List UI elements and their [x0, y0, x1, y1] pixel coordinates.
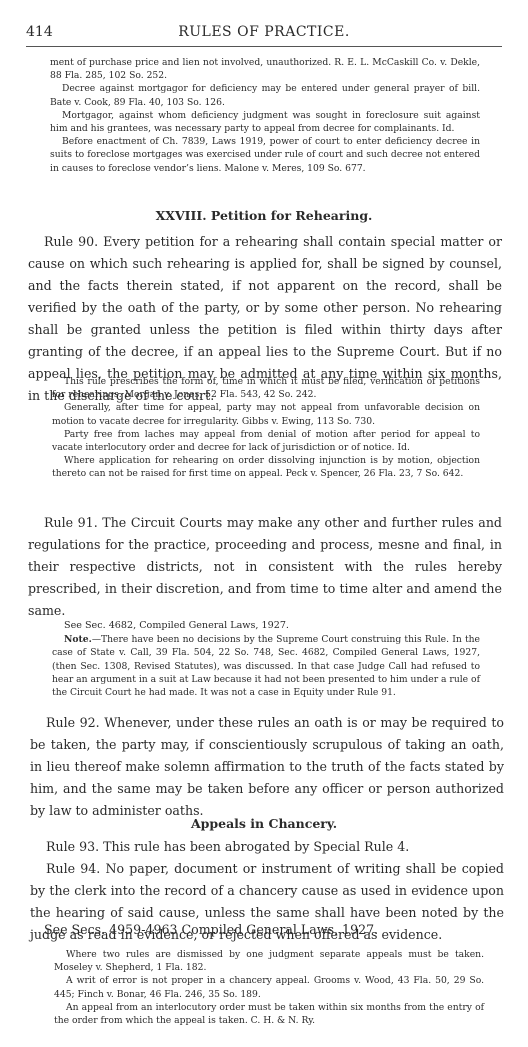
annotation-paragraph: ment of purchase price and lien not invo…: [50, 56, 480, 82]
annotations-top: ment of purchase price and lien not invo…: [50, 56, 480, 175]
section-heading-appeals-in-chancery: Appeals in Chancery.: [0, 816, 528, 831]
rule-91-annotations: See Sec. 4682, Compiled General Laws, 19…: [52, 619, 480, 699]
rule-text: Rule 91. The Circuit Courts may make any…: [28, 512, 502, 622]
annotation-paragraph: Before enactment of Ch. 7839, Laws 1919,…: [50, 135, 480, 175]
annotation-paragraph: Where two rules are dismissed by one jud…: [54, 948, 484, 974]
annotation-paragraph: An appeal from an interlocutory order mu…: [54, 1001, 484, 1027]
page-header: 414 RULES OF PRACTICE.: [26, 20, 502, 47]
rule-91: Rule 91. The Circuit Courts may make any…: [28, 512, 502, 622]
annotation-paragraph: Where application for rehearing on order…: [52, 454, 480, 480]
note-text: —There have been no decisions by the Sup…: [52, 634, 480, 698]
section-heading-petition-for-rehearing: XXVIII. Petition for Rehearing.: [0, 208, 528, 223]
rule-92: Rule 92. Whenever, under these rules an …: [30, 712, 504, 822]
annotation-paragraph: Decree against mortgagor for deficiency …: [50, 82, 480, 108]
chancery-annotations: Where two rules are dismissed by one jud…: [54, 948, 484, 1027]
rule-93-text: Rule 93. This rule has been abrogated by…: [30, 836, 504, 858]
note-label: Note.: [64, 634, 92, 645]
running-title: RULES OF PRACTICE.: [26, 24, 502, 40]
annotation-paragraph: Generally, after time for appeal, party …: [52, 401, 480, 427]
annotation-paragraph: Party free from laches may appeal from d…: [52, 428, 480, 454]
document-page: 414 RULES OF PRACTICE. ment of purchase …: [0, 0, 528, 1047]
annotation-paragraph: Mortgagor, against whom deficiency judgm…: [50, 109, 480, 135]
annotation-paragraph: This rule prescribes the form of, time i…: [52, 375, 480, 401]
see-reference: See Sec. 4682, Compiled General Laws, 19…: [52, 619, 480, 632]
rule-text: Rule 92. Whenever, under these rules an …: [30, 712, 504, 822]
rule-90-annotations: This rule prescribes the form of, time i…: [52, 375, 480, 481]
annotation-paragraph: A writ of error is not proper in a chanc…: [54, 974, 484, 1000]
see-secs-reference: See Secs. 4959-4963 Compiled General Law…: [44, 922, 378, 937]
note-paragraph: Note.—There have been no decisions by th…: [52, 633, 480, 699]
